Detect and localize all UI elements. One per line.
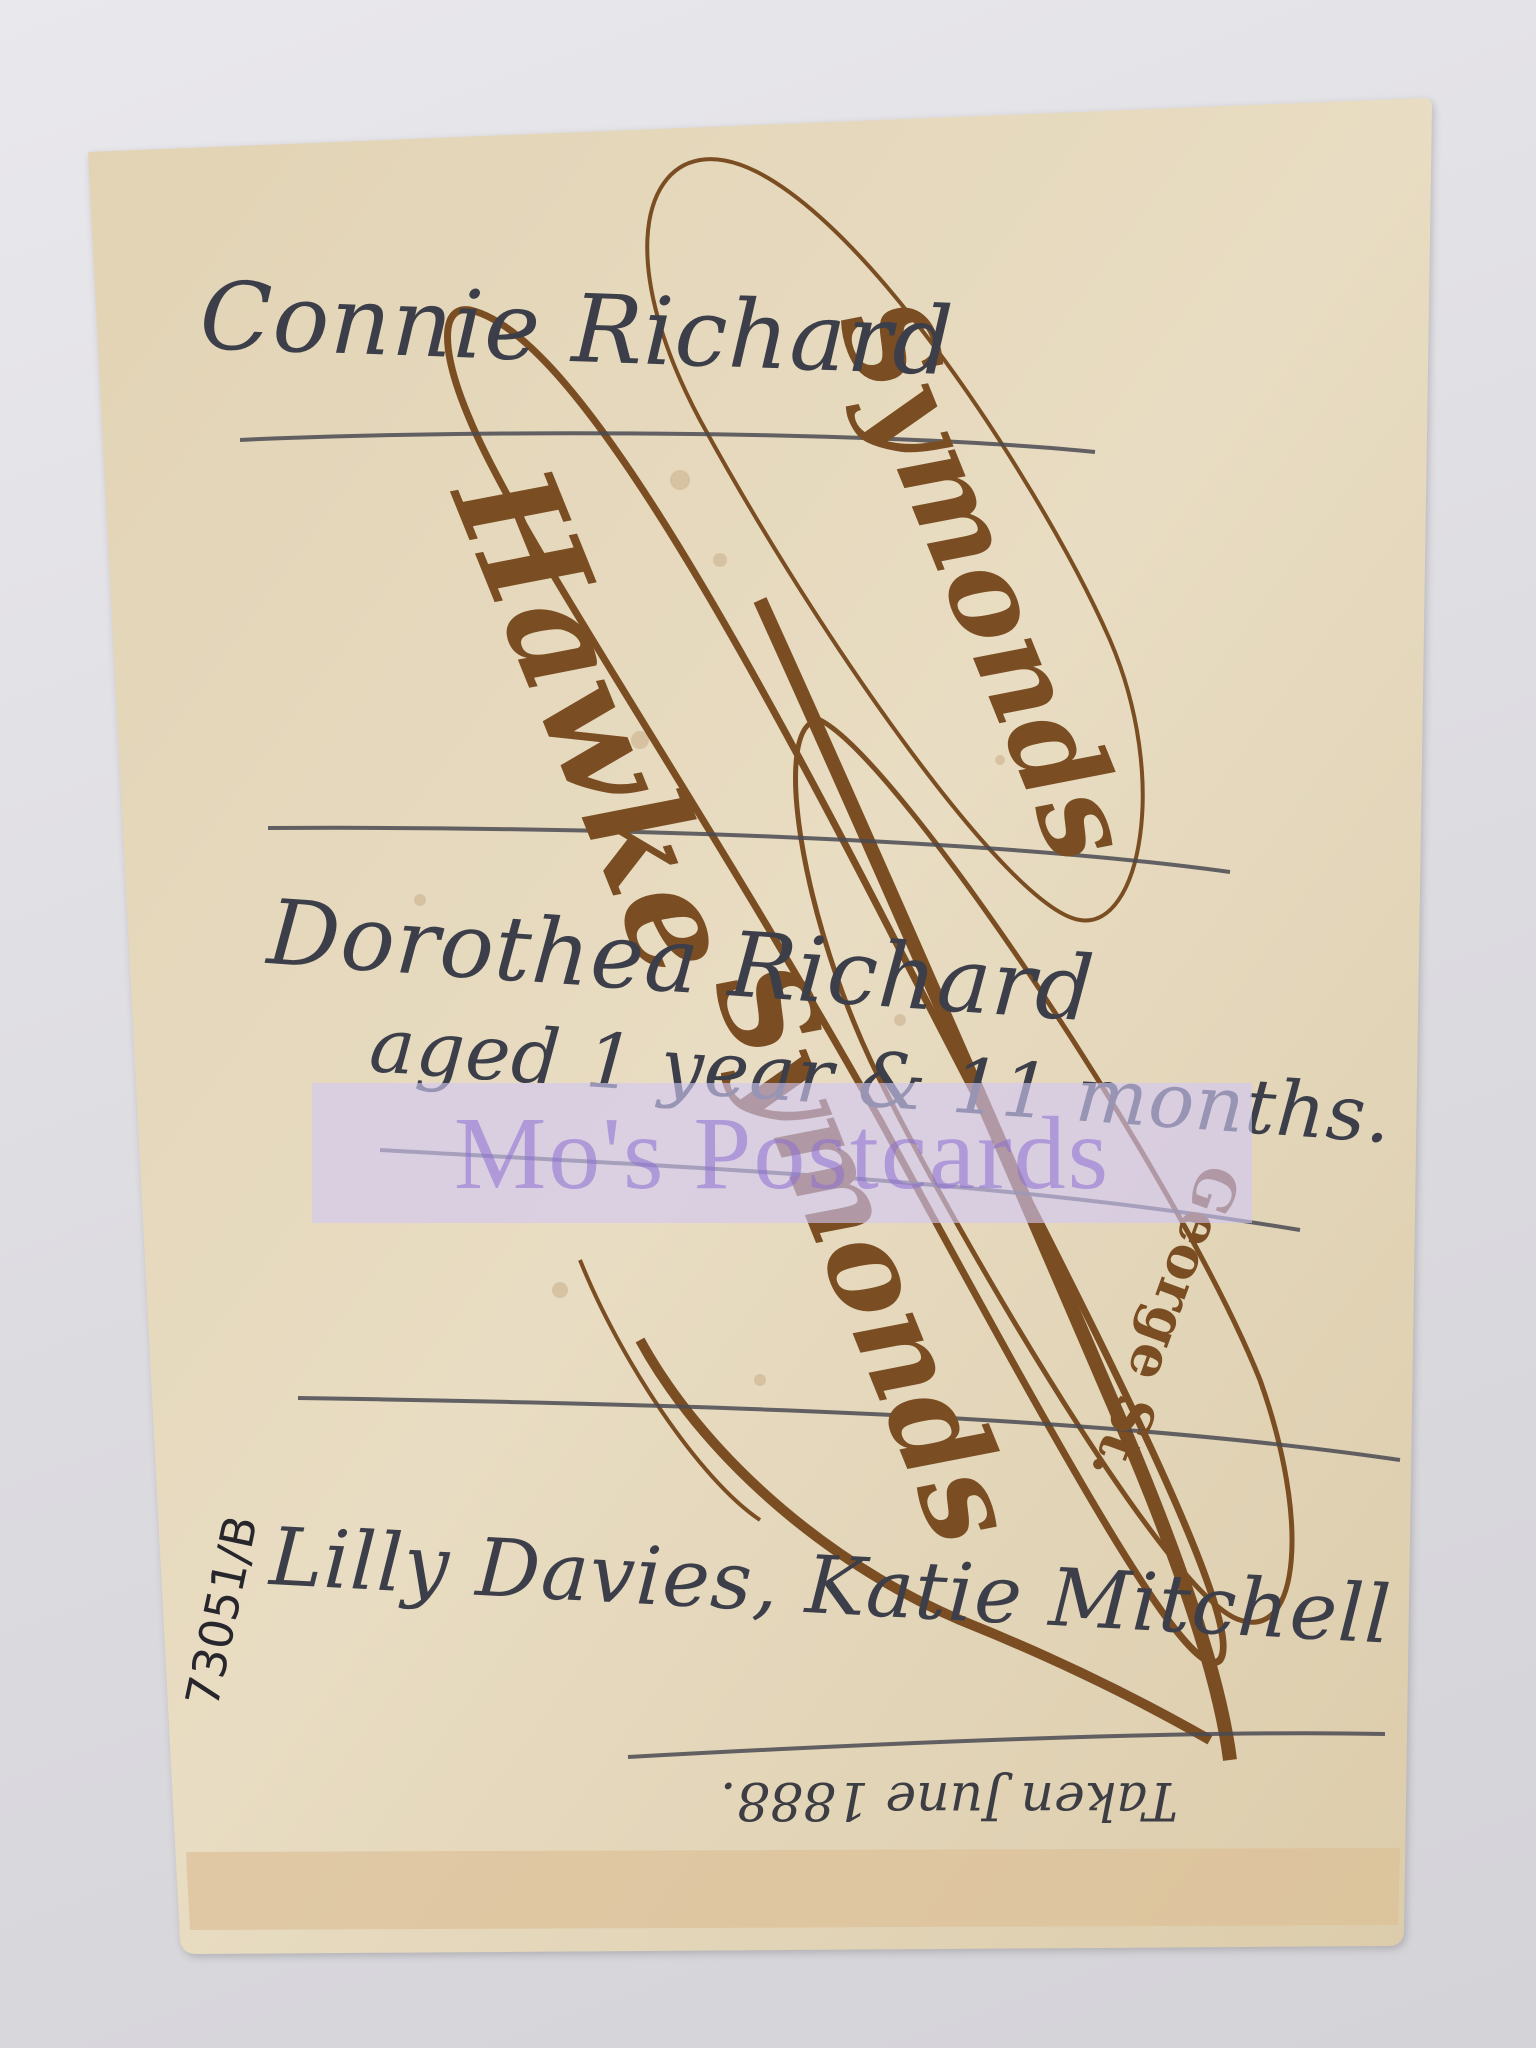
watermark-text: Mo's Postcards	[454, 1094, 1110, 1213]
cabinet-card-back: Symonds Hawke Symonds George St. Connie …	[0, 0, 1536, 2048]
handwritten-date-upside-down: Taken June 1888.	[720, 1770, 1178, 1830]
watermark-band: Mo's Postcards	[312, 1083, 1252, 1223]
